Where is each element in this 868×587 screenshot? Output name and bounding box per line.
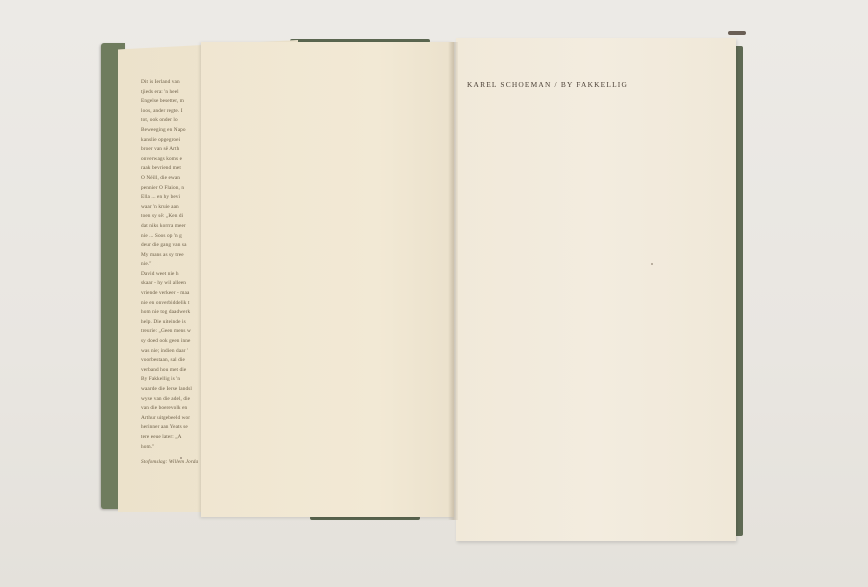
paper-speck: [651, 263, 653, 265]
endpaper-left-page: [201, 42, 454, 517]
book-cover-corner: [728, 31, 746, 35]
book-gutter: [448, 42, 458, 520]
title-page: [456, 38, 736, 541]
book-photo: Dit is Ierland van tjieds era: 'n heel E…: [0, 0, 868, 587]
flap-mark: [180, 457, 182, 459]
title-page-heading: KAREL SCHOEMAN / BY FAKKELLIG: [467, 80, 628, 89]
